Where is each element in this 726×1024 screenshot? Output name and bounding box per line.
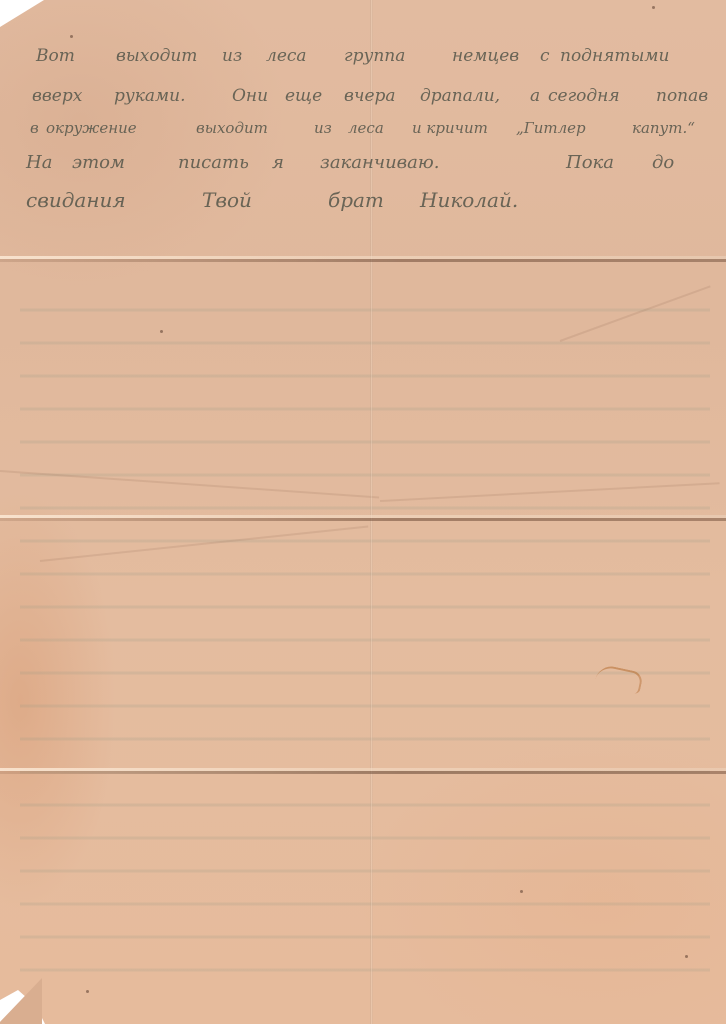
word: и кричит	[412, 119, 488, 137]
paper-speck	[520, 890, 523, 893]
word: леса	[266, 46, 307, 66]
signature-name: Николай.	[420, 188, 518, 212]
ink-stain	[594, 663, 644, 694]
word: с	[540, 46, 550, 66]
word: капут.“	[632, 119, 695, 137]
word: из	[314, 119, 332, 137]
word: На	[26, 152, 52, 173]
ruled-lines-show-through	[20, 280, 710, 980]
word: из	[222, 46, 242, 66]
paper-speck	[160, 330, 163, 333]
word: леса	[348, 119, 384, 137]
word: немцев	[452, 46, 519, 66]
paper-crease	[560, 285, 711, 342]
word: свидания	[26, 188, 126, 212]
word: „Гитлер	[516, 119, 586, 137]
word: драпали,	[420, 86, 500, 106]
word: выходит	[196, 119, 268, 137]
aged-paper-sheet: Вот выходит из леса группа немцев с подн…	[0, 0, 726, 1024]
horizontal-fold	[0, 515, 726, 521]
paper-crease	[40, 526, 368, 562]
word: вверх	[32, 86, 82, 106]
paper-speck	[685, 955, 688, 958]
word: вчера	[344, 86, 396, 106]
word: заканчиваю.	[320, 152, 439, 173]
paper-crease	[0, 470, 379, 499]
word: Вот	[36, 46, 75, 66]
word: Они	[232, 86, 268, 106]
word: сегодня	[548, 86, 620, 106]
word: окружение	[46, 119, 137, 137]
paper-crease	[380, 482, 720, 502]
signature-word: брат	[328, 188, 384, 212]
word: еще	[285, 86, 322, 106]
word: Пока	[566, 152, 614, 173]
paper-speck	[86, 990, 89, 993]
handwritten-text: Вот выходит из леса группа немцев с подн…	[0, 0, 726, 260]
torn-corner	[0, 978, 42, 1024]
signature-word: Твой	[202, 188, 252, 212]
word: поднятыми	[560, 46, 669, 66]
word: этом	[72, 152, 125, 173]
word: выходит	[116, 46, 197, 66]
word: до	[652, 152, 674, 173]
word: писать	[178, 152, 249, 173]
word: я	[272, 152, 284, 173]
scanned-letter-page: Вот выходит из леса группа немцев с подн…	[0, 0, 726, 1024]
word: руками.	[114, 86, 185, 106]
word: а	[530, 86, 540, 106]
word: попав	[656, 86, 708, 106]
word: группа	[344, 46, 405, 66]
horizontal-fold	[0, 768, 726, 774]
word: в	[30, 119, 39, 137]
